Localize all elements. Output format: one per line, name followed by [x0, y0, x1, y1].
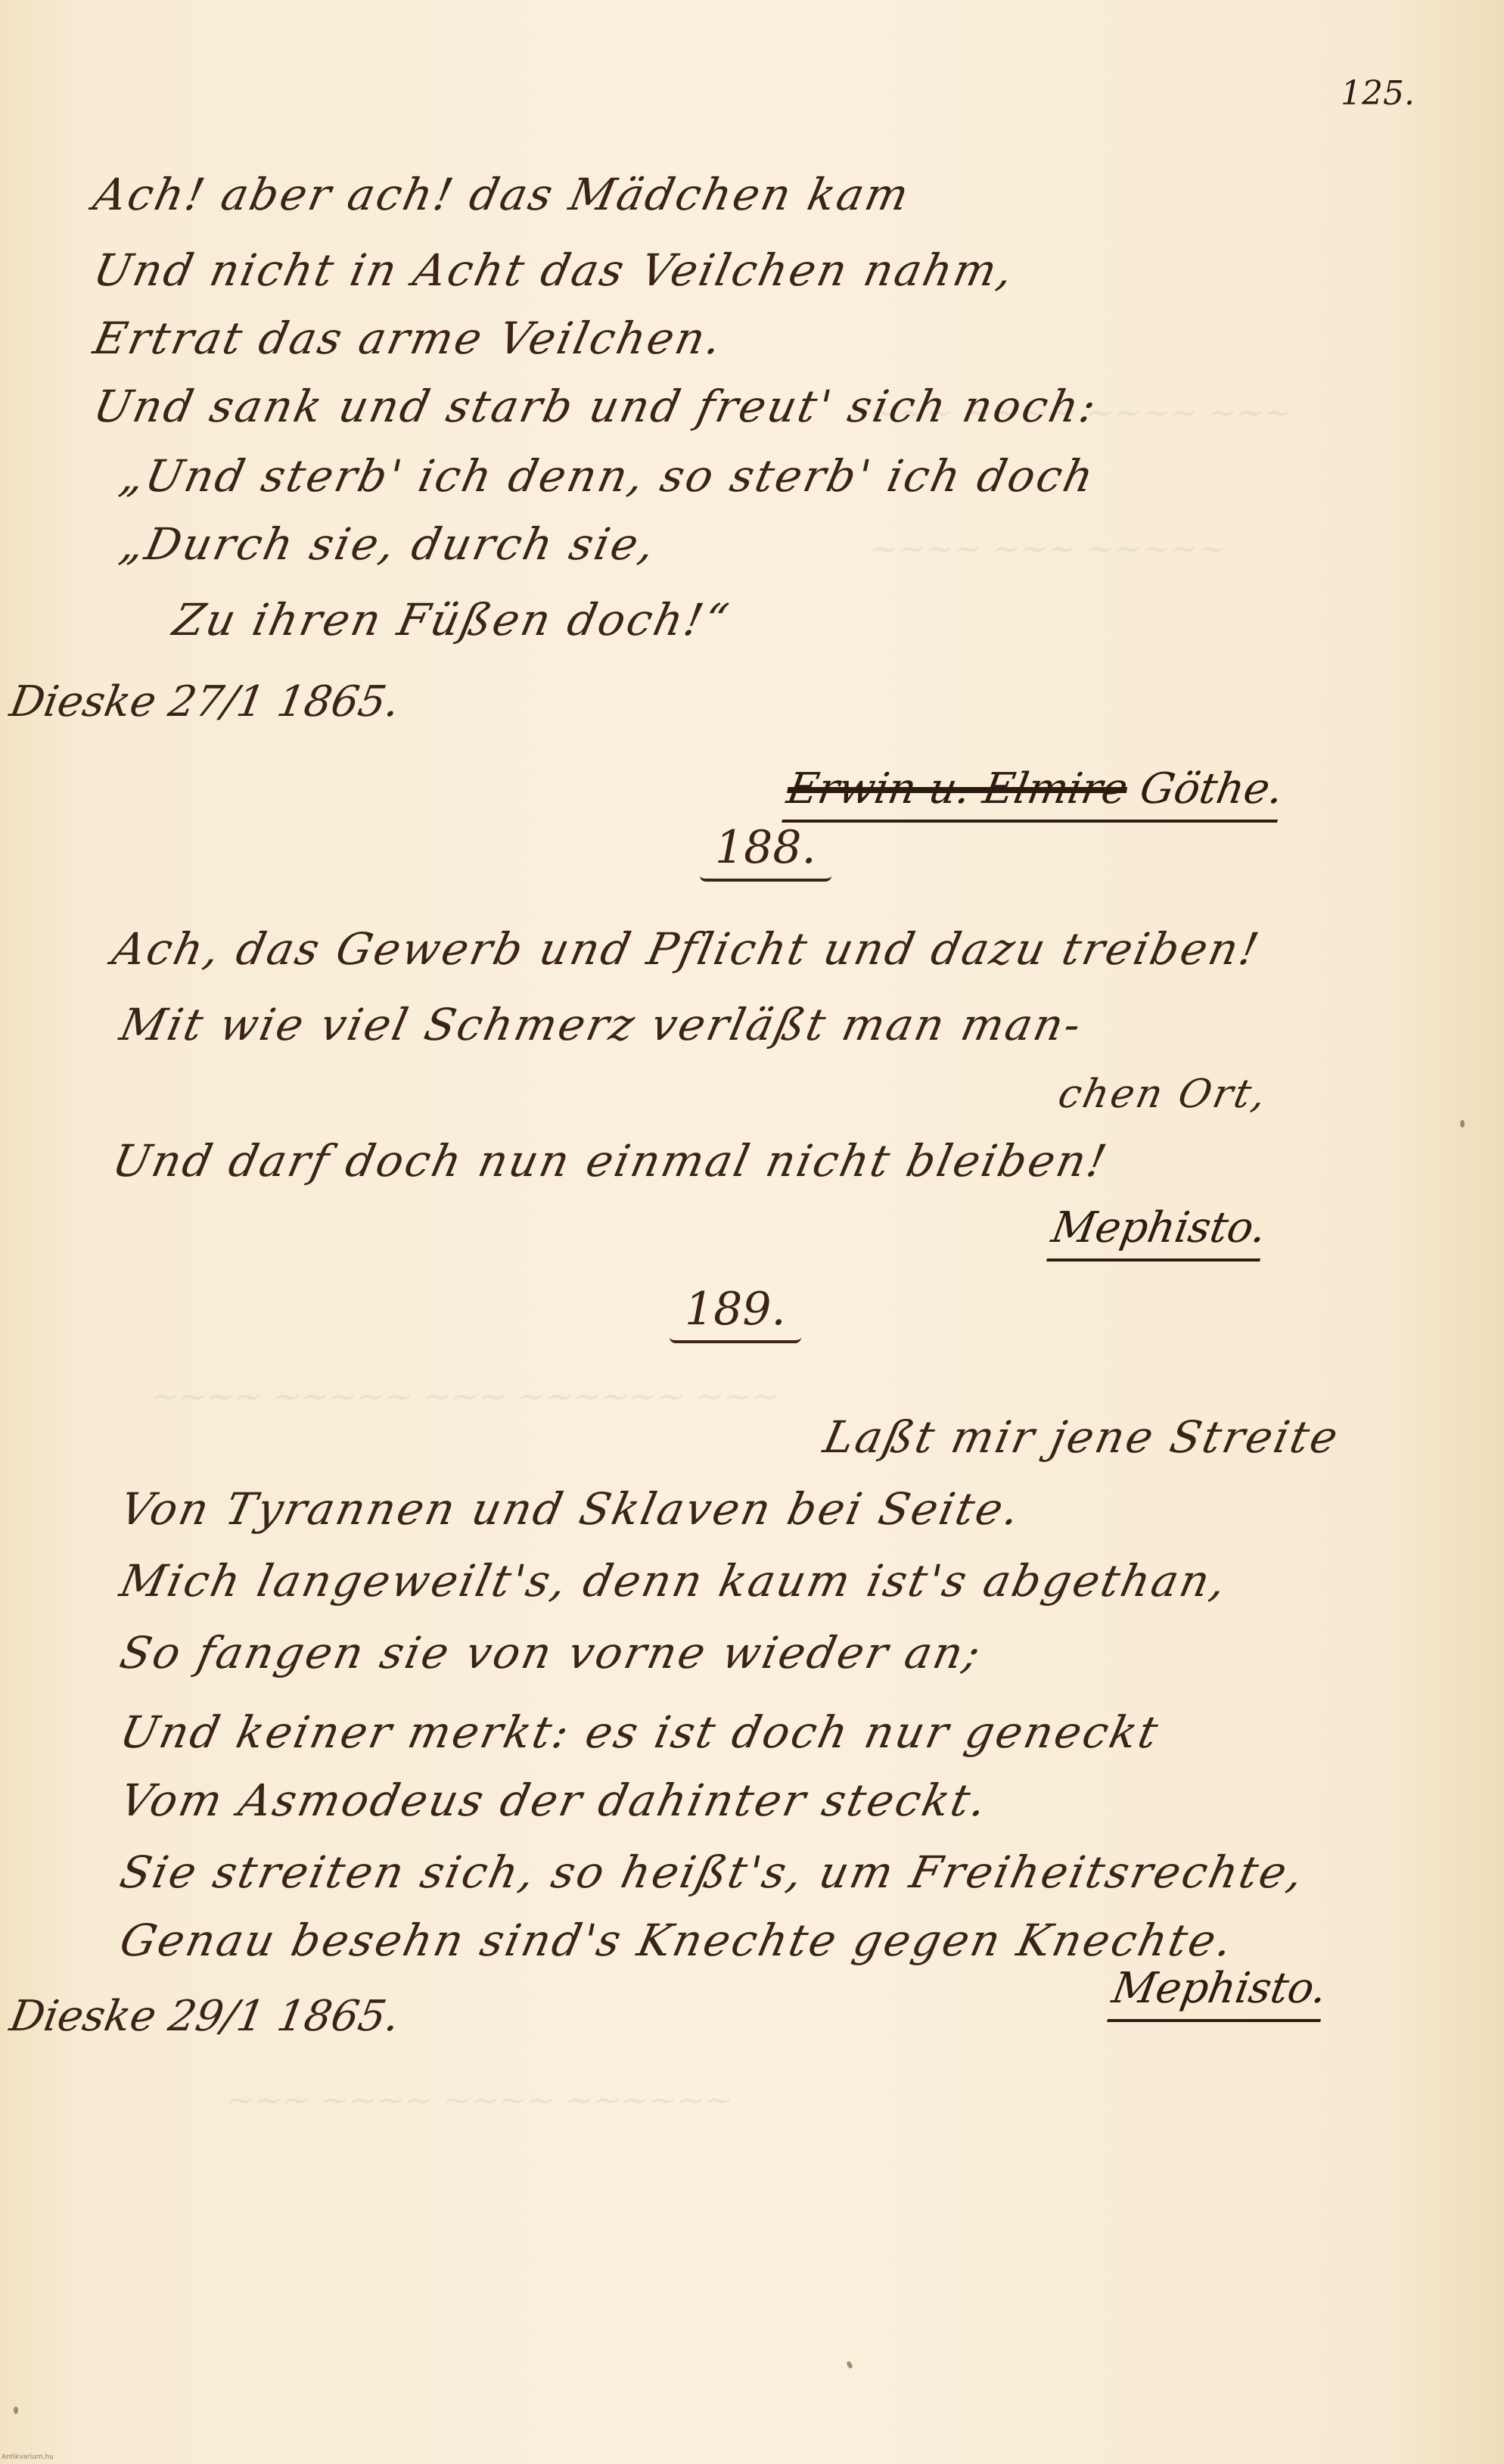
verse-line: Und darf doch nun einmal nicht bleiben! — [109, 1139, 1112, 1183]
paper-speck — [1460, 1120, 1465, 1128]
bleed-through-text: ~~~~ ~~~ ~~~~~ — [864, 530, 1232, 568]
verse-line: Ach, das Gewerb und Pflicht und dazu tre… — [109, 927, 1265, 971]
author-signature: Erwin u. Elmire Göthe. — [782, 764, 1287, 823]
watermark: Antikvarium.hu — [2, 2453, 54, 2461]
verse-line: Vom Asmodeus der dahinter steckt. — [117, 1778, 993, 1822]
bleed-through-text: ~~~ ~~~~ ~~~~ ~~~~~~ — [221, 2081, 739, 2120]
entry-number: 188. — [700, 821, 831, 882]
entry-date: Dieske 29/1 1865. — [6, 1992, 403, 2041]
verse-line: Mich langeweilt's, denn kaum ist's abget… — [117, 1559, 1232, 1603]
struck-signature: Erwin u. Elmire — [783, 764, 1131, 814]
paper-speck — [14, 2406, 18, 2414]
verse-line: Laßt mir jene Streite — [820, 1415, 1344, 1459]
verse-insertion: chen Ort, — [1055, 1075, 1271, 1114]
verse-line: Sie streiten sich, so heißt's, um Freihe… — [117, 1850, 1309, 1894]
verse-line: Genau besehn sind's Knechte gegen Knecht… — [117, 1918, 1238, 1962]
verse-line: Und sank und starb und freut' sich noch: — [90, 384, 1102, 428]
verse-line: Und keiner merkt: es ist doch nur geneck… — [117, 1710, 1164, 1754]
verse-line: „Und sterb' ich denn, so sterb' ich doch — [117, 454, 1099, 498]
entry-date: Dieske 27/1 1865. — [6, 677, 403, 726]
author-signature: Mephisto. — [1046, 1203, 1270, 1262]
page-number: 125. — [1341, 74, 1415, 113]
bleed-through-text: ~~~~ ~~~~~ ~~~ ~~~~~~ ~~~ — [145, 1377, 786, 1416]
verse-line: Und nicht in Acht das Veilchen nahm, — [90, 248, 1019, 292]
verse-line: So fangen sie von vorne wieder an; — [117, 1631, 987, 1675]
signature-name: Göthe. — [1136, 764, 1287, 814]
verse-line: Ertrat das arme Veilchen. — [90, 316, 728, 360]
verse-line: Ach! aber ach! das Mädchen kam — [90, 173, 915, 216]
author-signature: Mephisto. — [1107, 1964, 1331, 2022]
verse-line: „Durch sie, durch sie, — [117, 522, 660, 566]
verse-line: Von Tyrannen und Sklaven bei Seite. — [117, 1487, 1025, 1531]
manuscript-page: ~~~ ~~~~ ~~~~ ~~~ ~~~~ ~~~ ~~~~~ ~~~~ ~~… — [0, 0, 1504, 2464]
verse-line: Zu ihren Füßen doch!“ — [169, 598, 734, 642]
verse-line: Mit wie viel Schmerz verläßt man man- — [117, 1003, 1087, 1047]
paper-speck — [846, 2360, 853, 2369]
entry-number: 189. — [670, 1283, 801, 1343]
